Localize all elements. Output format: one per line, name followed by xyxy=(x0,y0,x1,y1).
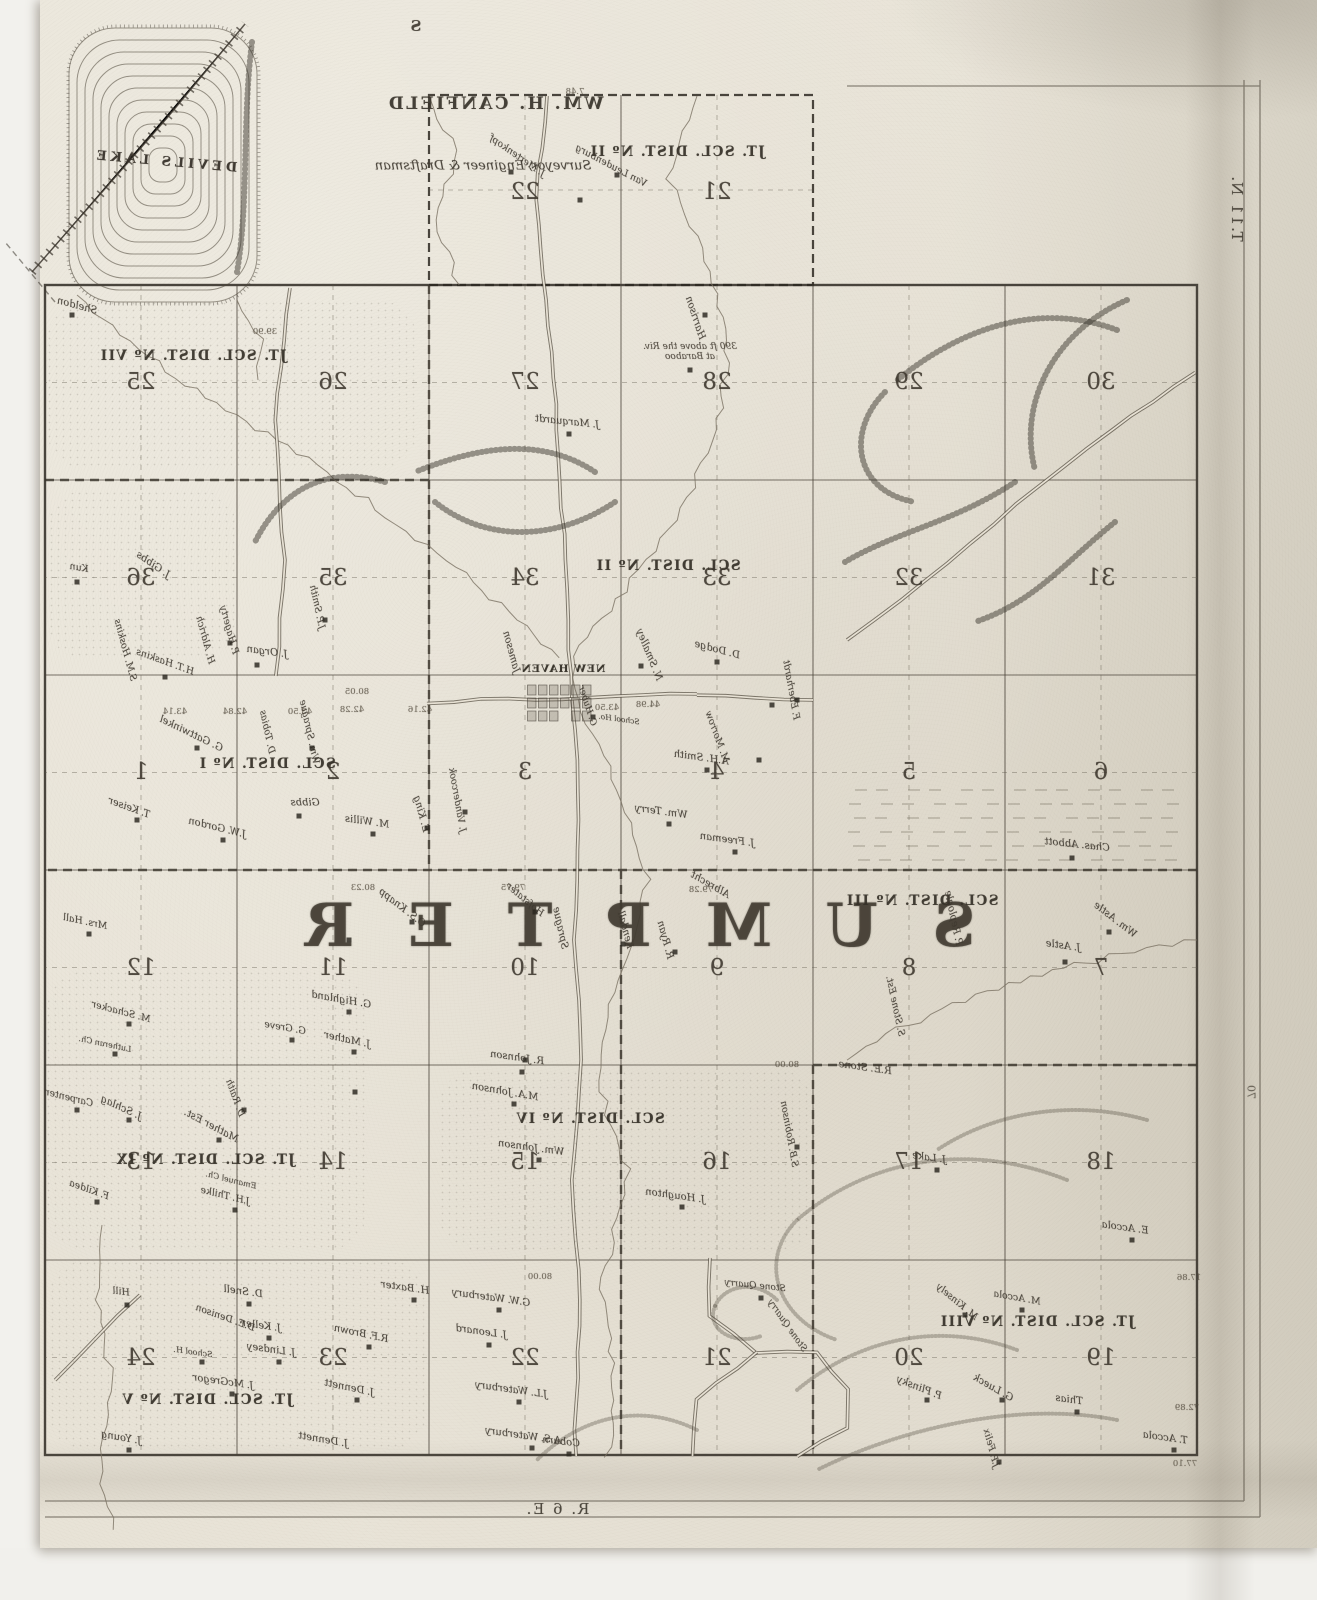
owner-label: P. Hagerty xyxy=(217,604,241,655)
owner-label: Mrs. Hall xyxy=(62,912,109,932)
owner-label: D. Snell xyxy=(223,1284,264,1300)
district-label: SCL. DIST. Nº II xyxy=(595,558,740,574)
owner-label: M. Accola xyxy=(993,1288,1042,1307)
house-marker xyxy=(195,746,200,751)
house-marker xyxy=(1020,1308,1025,1313)
compass-letter: S xyxy=(411,17,422,35)
house-marker xyxy=(70,313,75,318)
owner-label: J. Marquardt xyxy=(534,413,599,431)
owner-label: P. Plinsky xyxy=(895,1374,943,1402)
owner-label: R. Johnson xyxy=(489,1049,544,1067)
section-number: 14 xyxy=(318,1149,347,1175)
house-marker xyxy=(323,618,328,623)
owner-label: Chas. Abbott xyxy=(1044,836,1110,854)
owner-label: R.F. Brown xyxy=(333,1323,390,1345)
owner-label: J.L. Waterbury xyxy=(474,1379,548,1400)
section-number: 28 xyxy=(702,369,731,395)
section-number: 22 xyxy=(510,179,539,205)
house-marker xyxy=(463,810,468,815)
house-marker xyxy=(277,1360,282,1365)
owner-label: S. Stone Est. xyxy=(883,975,907,1038)
acreage-label: 43.14 xyxy=(163,707,187,717)
house-marker xyxy=(75,580,80,585)
house-marker xyxy=(703,313,708,318)
section-number: 26 xyxy=(318,369,347,395)
owner-label: D. Tobias xyxy=(257,709,277,755)
owner-label: J. Schlag xyxy=(99,1094,144,1123)
section-number: 19 xyxy=(1086,1345,1115,1371)
owner-label: F. Eberhardt xyxy=(780,659,801,721)
owner-label: D. Dodge xyxy=(693,639,741,662)
house-marker xyxy=(247,1302,252,1307)
plate-number: 70 xyxy=(1245,1085,1258,1099)
section-number: 34 xyxy=(510,565,539,591)
house-marker xyxy=(75,1108,80,1113)
owner-label: G. Gattwinkel xyxy=(157,714,224,754)
acreage-label: 80.00 xyxy=(775,1060,799,1070)
acreage-label: 17.86 xyxy=(1177,1273,1201,1283)
house-marker xyxy=(673,950,678,955)
house-marker xyxy=(997,1460,1002,1465)
house-marker xyxy=(639,664,644,669)
owner-label: J. Organ xyxy=(246,644,289,661)
house-marker xyxy=(125,1303,130,1308)
owner-label: J. Freeman xyxy=(699,831,755,850)
house-marker xyxy=(523,1058,528,1063)
owner-label: J. Dennett xyxy=(297,1430,349,1450)
house-marker xyxy=(537,1158,542,1163)
owner-label: School H. xyxy=(173,1345,213,1359)
house-marker xyxy=(497,1308,502,1313)
owner-label: G. Highland xyxy=(310,989,372,1010)
surveyor-title: Surveyor, Engineer & Draftsman xyxy=(375,159,591,174)
house-marker xyxy=(1130,1238,1135,1243)
house-marker xyxy=(1000,1398,1005,1403)
house-marker xyxy=(371,832,376,837)
house-marker xyxy=(757,758,762,763)
owner-label: Harrison xyxy=(683,295,707,341)
acreage-label: 80.05 xyxy=(345,687,369,697)
acreage-label: 39.90 xyxy=(253,327,277,337)
owner-label: H. Aldrich xyxy=(193,615,216,665)
house-marker xyxy=(87,932,92,937)
acreage-label: 43.50 xyxy=(595,703,619,713)
owner-label: Wm. Astle xyxy=(1091,900,1138,940)
house-marker xyxy=(127,1022,132,1027)
owner-label: J. Leonard xyxy=(455,1323,508,1341)
house-marker xyxy=(733,850,738,855)
house-marker xyxy=(615,173,620,178)
section-number: 18 xyxy=(1086,1149,1115,1175)
house-marker xyxy=(512,1102,517,1107)
owner-label: Lutheran Ch. xyxy=(78,1034,132,1054)
owner-label: T. Keiser xyxy=(107,795,152,820)
owner-label: Carpenter xyxy=(44,1087,94,1110)
house-marker xyxy=(925,1398,930,1403)
section-number: 29 xyxy=(894,369,923,395)
house-marker xyxy=(795,698,800,703)
house-marker xyxy=(412,1298,417,1303)
range-label: R. 6 E. xyxy=(525,1500,590,1518)
house-marker xyxy=(680,1205,685,1210)
acreage-label: 72.89 xyxy=(1175,1403,1199,1413)
owner-label: S.B. Robinson xyxy=(778,1100,800,1168)
house-marker xyxy=(242,1108,247,1113)
house-marker xyxy=(1107,930,1112,935)
house-marker xyxy=(530,1446,535,1451)
acreage-label: 80.23 xyxy=(351,883,375,893)
acreage-label: 42.16 xyxy=(408,705,432,715)
section-number: 21 xyxy=(702,1345,731,1371)
house-marker xyxy=(567,1452,572,1457)
owner-label: J. Mather xyxy=(323,1030,371,1051)
acreage-label: 80.00 xyxy=(528,1272,552,1282)
section-number: 11 xyxy=(318,955,347,981)
section-number: 10 xyxy=(510,955,539,981)
lake-name-label: DEVILS LAKE xyxy=(92,148,238,176)
section-number: 35 xyxy=(318,565,347,591)
section-number: 8 xyxy=(902,955,917,981)
owner-label: M.A. Johnson xyxy=(471,1081,539,1104)
section-number: 21 xyxy=(702,179,731,205)
acreage-label: 77.10 xyxy=(1173,1459,1197,1469)
acreage-label: 42.84 xyxy=(223,707,247,717)
owner-label: J. Houghton xyxy=(644,1186,705,1205)
section-number: 9 xyxy=(710,955,725,981)
house-marker xyxy=(200,1360,205,1365)
owner-label: A.S. Waterbury xyxy=(484,1425,561,1447)
acreage-label: 79.28 xyxy=(689,885,713,895)
section-number: 23 xyxy=(318,1345,347,1371)
house-marker xyxy=(217,1138,222,1143)
owner-label: J. McGregor xyxy=(192,1372,254,1391)
house-marker xyxy=(578,198,583,203)
owner-label: Mather Est. xyxy=(182,1107,240,1145)
owner-label: G. Lueck xyxy=(971,1372,1015,1404)
owner-label: G. Greve xyxy=(263,1019,306,1037)
section-number: 31 xyxy=(1086,565,1115,591)
house-marker xyxy=(935,1168,940,1173)
house-marker xyxy=(520,1070,525,1075)
acreage-label: 79.75 xyxy=(501,883,525,893)
house-marker xyxy=(759,1296,764,1301)
house-marker xyxy=(352,1050,357,1055)
section-number: 6 xyxy=(1094,759,1109,785)
owner-label: School Ho. xyxy=(598,712,640,727)
owner-label: Jameson xyxy=(500,630,522,674)
owner-label: H.T. Haskins xyxy=(135,646,196,677)
map-labels: SUMPTER DEVILS LAKE NEW HAVEN WM. H. CAN… xyxy=(0,0,1317,1600)
house-marker xyxy=(135,818,140,823)
owner-label: M. Willis xyxy=(344,813,390,830)
house-marker xyxy=(355,1398,360,1403)
section-number: 5 xyxy=(902,759,917,785)
house-marker xyxy=(127,1448,132,1453)
section-number: 22 xyxy=(510,1345,539,1371)
house-marker xyxy=(425,826,430,831)
house-marker xyxy=(113,1052,118,1057)
section-number: 12 xyxy=(126,955,155,981)
house-marker xyxy=(228,641,233,646)
owner-label: Stone Quarry xyxy=(765,1298,808,1354)
house-marker xyxy=(715,660,720,665)
district-label: JT. SCL. DIST. Nº V xyxy=(121,1392,293,1408)
section-number: 3 xyxy=(518,759,533,785)
acreage-label: 7.48 xyxy=(566,87,585,97)
owner-label: J. Dennett xyxy=(323,1377,375,1398)
house-marker xyxy=(127,1118,132,1123)
house-marker xyxy=(1063,960,1068,965)
owner-label: J. Young xyxy=(100,1429,142,1447)
house-marker xyxy=(1075,1410,1080,1415)
house-marker xyxy=(230,1392,235,1397)
owner-label: Wm. Terry xyxy=(634,803,688,821)
house-marker xyxy=(705,768,710,773)
owner-label: T. Accola xyxy=(1142,1429,1188,1446)
house-marker xyxy=(770,703,775,708)
house-marker xyxy=(591,715,596,720)
section-number: 27 xyxy=(510,369,539,395)
house-marker xyxy=(95,1200,100,1205)
district-label: JT. SCL. DIST. Nº VII xyxy=(99,348,286,364)
house-marker xyxy=(221,838,226,843)
house-marker xyxy=(667,822,672,827)
house-marker xyxy=(353,1090,358,1095)
mirrored-map-content: SUMPTER DEVILS LAKE NEW HAVEN WM. H. CAN… xyxy=(0,0,1317,1600)
house-marker xyxy=(795,1145,800,1150)
owner-label: M. Schacker xyxy=(90,999,151,1025)
section-number: 32 xyxy=(894,565,923,591)
district-label: JT. SCL. DIST. Nº II xyxy=(589,144,764,160)
house-marker xyxy=(533,910,538,915)
house-marker xyxy=(963,1313,968,1318)
owner-label: Hill xyxy=(112,1285,131,1298)
township-number-label: T.11 N. xyxy=(1228,174,1246,241)
house-marker xyxy=(410,920,415,925)
owner-label: Sheldon xyxy=(56,295,99,316)
house-marker xyxy=(367,1345,372,1350)
owner-label: N. Smalley xyxy=(634,628,665,683)
owner-label: J.W. Gordon xyxy=(187,816,247,841)
acreage-label: 44.98 xyxy=(636,700,660,710)
house-marker xyxy=(347,1010,352,1015)
owner-label: E. Accola xyxy=(1101,1219,1149,1236)
owner-label: J. Lindsey xyxy=(246,1341,296,1359)
owner-label: Stone Quarry xyxy=(724,1278,786,1294)
acreage-label: 43.50 xyxy=(288,707,312,717)
district-label: SCL. DIST. Nº IV xyxy=(515,1111,664,1127)
house-marker xyxy=(487,1343,492,1348)
house-marker xyxy=(567,432,572,437)
section-number: 7 xyxy=(1094,955,1109,981)
owner-label: R.E. Stone xyxy=(838,1059,893,1077)
owner-label: Thias xyxy=(1055,1393,1084,1408)
owner-label: J. Vandercook xyxy=(446,767,468,834)
acreage-label: 42.28 xyxy=(340,705,364,715)
section-number: 1 xyxy=(134,759,149,785)
owner-label: F. Kildea xyxy=(68,1178,111,1203)
surveyor-name: WM. H. CANFIELD xyxy=(386,94,603,114)
owner-label: J. Astle xyxy=(1045,938,1081,954)
owner-label: Kun xyxy=(69,561,90,575)
owner-label: J.H. Thilke xyxy=(199,1185,250,1208)
house-marker xyxy=(310,746,315,751)
house-marker xyxy=(347,938,352,943)
section-number: 30 xyxy=(1086,369,1115,395)
house-marker xyxy=(517,1400,522,1405)
section-number: 25 xyxy=(126,369,155,395)
house-marker xyxy=(509,170,514,175)
house-marker xyxy=(290,1038,295,1043)
owner-label: H. Baxter xyxy=(380,1279,430,1297)
section-number: 24 xyxy=(126,1345,155,1371)
house-marker xyxy=(621,942,626,947)
benchmark-note: 390 ft above the Riv. at Baraboo xyxy=(643,342,737,362)
house-marker xyxy=(233,1208,238,1213)
district-label: JT. SCL. DIST. Nº IX xyxy=(115,1152,295,1168)
house-marker xyxy=(688,368,693,373)
owner-label: G.W. Waterbury xyxy=(451,1287,531,1309)
plat-map-scan: SUMPTER DEVILS LAKE NEW HAVEN WM. H. CAN… xyxy=(0,0,1317,1600)
owner-label: Gibbs xyxy=(290,798,319,809)
house-marker xyxy=(163,675,168,680)
house-marker xyxy=(1070,856,1075,861)
owner-label: S.M. Hoskins xyxy=(111,618,138,682)
village-name-label: NEW HAVEN xyxy=(520,663,605,675)
house-marker xyxy=(267,1336,272,1341)
house-marker xyxy=(1172,1448,1177,1453)
district-label: SCL. DIST. Nº III xyxy=(845,893,998,909)
house-marker xyxy=(297,814,302,819)
section-number: 16 xyxy=(702,1149,731,1175)
house-marker xyxy=(255,663,260,668)
section-number: 20 xyxy=(894,1345,923,1371)
